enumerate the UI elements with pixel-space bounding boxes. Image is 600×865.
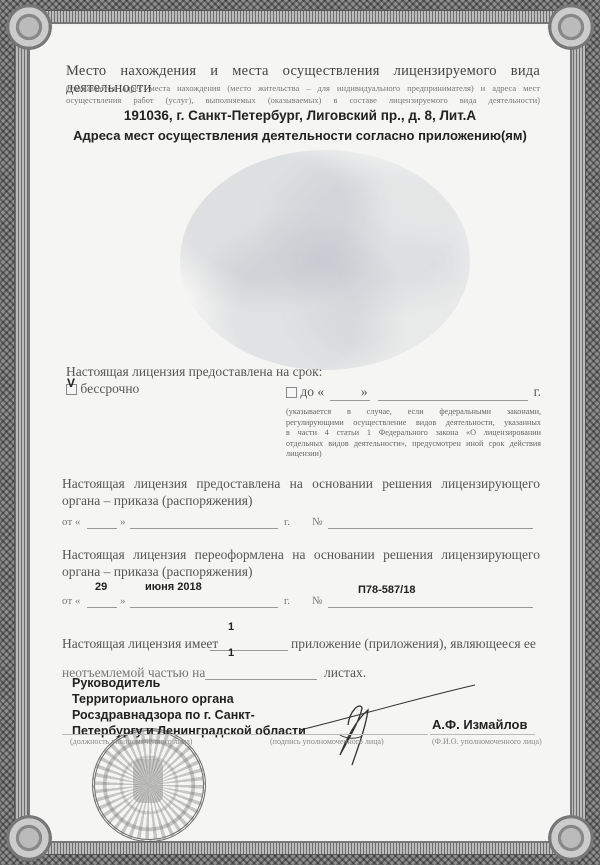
until-prefix: до « [300,384,324,399]
reissued-basis-line2: органа – приказа (распоряжения) [62,564,252,580]
appendix-sheets: 1 [228,647,234,659]
appendix-line1-suffix: приложение (приложения), являющееся ее [291,636,536,652]
license-page: Место нахождения и места осуществления л… [0,0,600,865]
reissued-day: 29 [95,581,107,593]
signatory-name: А.Ф. Измайлов [432,717,528,732]
granted-basis-line1: Настоящая лицензия предоставлена на осно… [62,476,540,492]
position-line [62,734,262,735]
guilloche-watermark [180,150,470,370]
appendix-line2-suffix: листах. [324,665,366,681]
signature-line [268,734,428,735]
granted-day-line [87,528,117,529]
granted-basis-line2: органа – приказа (распоряжения) [62,493,252,509]
corner-ornament-icon [6,815,52,861]
corner-ornament-icon [548,4,594,50]
signatory-position: Руководитель Территориального органа Рос… [72,675,306,739]
reissued-date-line [130,607,278,608]
reissued-month-year: июня 2018 [145,581,202,593]
granted-date-line [130,528,278,529]
until-checkbox [286,387,297,398]
reissued-number-label: № [312,595,323,607]
appendix-line1-prefix: Настоящая лицензия имеет [62,636,218,652]
granted-number-line [328,528,533,529]
corner-ornament-icon [6,4,52,50]
appendix-count: 1 [228,621,234,633]
address-text: 191036, г. Санкт-Петербург, Лиговский пр… [0,108,600,123]
addresses-appendix-note: Адреса мест осуществления деятельности с… [0,128,600,143]
appendix-count-line [210,650,288,651]
term-label: Настоящая лицензия предоставлена на срок… [66,364,322,380]
term-indefinite-option: V бессрочно [66,381,139,397]
until-date-line [378,400,528,401]
reissued-day-line [87,607,117,608]
reissued-order-number: П78-587/18 [358,584,415,596]
check-mark-icon: V [67,376,75,390]
coat-of-arms-icon [133,759,163,803]
until-day-line [330,400,370,401]
reissued-basis-line1: Настоящая лицензия переоформлена на осно… [62,547,540,563]
term-until-option: до « » г. [286,384,541,400]
indefinite-checkbox: V [66,384,77,395]
indefinite-label: бессрочно [80,381,139,396]
name-caption: (Ф.И.О. уполномоченного лица) [432,737,542,746]
until-note: (указывается в случае, если федеральными… [286,407,541,460]
granted-number-label: № [312,516,323,528]
location-note-line1: (указываются адрес места нахождения (мес… [66,82,540,94]
location-note-line2: осуществления работ (услуг), выполняемых… [66,94,540,106]
until-year-suffix: г. [534,384,541,400]
position-caption: (должность уполномоченного лица) [70,737,192,746]
name-line [430,734,535,735]
corner-ornament-icon [548,815,594,861]
reissued-number-line [328,607,533,608]
signature-caption: (подпись уполномоченного лица) [270,737,384,746]
granted-from-label: от « [62,516,80,528]
reissued-from-label: от « [62,595,80,607]
until-mid: » [361,384,368,399]
